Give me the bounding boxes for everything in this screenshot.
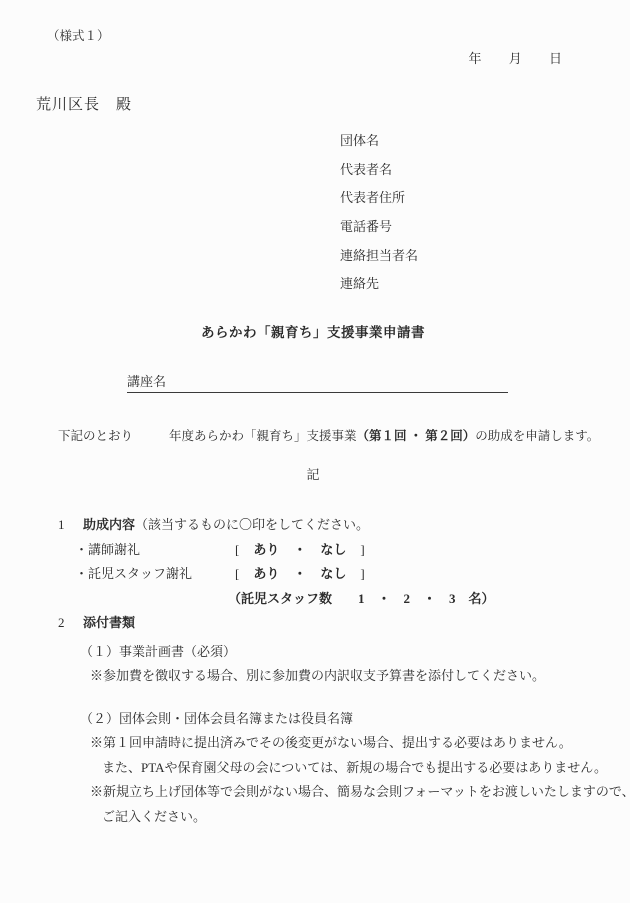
row-childcare-staff-honorarium: ・託児スタッフ謝礼 [あり・なし] (58, 562, 590, 587)
bracket-close: ] (360, 538, 364, 563)
childcare-staff-honorarium-label: ・託児スタッフ謝礼 (75, 562, 235, 587)
section2-number: 2 (58, 611, 83, 636)
section2-heading: 2添付書類 (58, 611, 590, 636)
option-separator: ・ (293, 538, 306, 563)
application-form-page: （様式１） 年 月 日 荒川区長 殿 団体名 代表者名 代表者住所 電話番号 連… (0, 0, 630, 903)
statement-body: 年度あらかわ「親育ち」支援事業 (169, 429, 357, 443)
statement-lead: 下記のとおり (58, 429, 133, 443)
bracket-close: ] (360, 562, 364, 587)
field-organization-name: 団体名 (340, 127, 590, 156)
lecturer-honorarium-label: ・講師謝礼 (75, 538, 235, 563)
application-statement: 下記のとおり年度あらかわ「親育ち」支援事業（第１回 ・ 第２回）の助成を申請しま… (58, 426, 590, 444)
addressee: 荒川区長 殿 (36, 93, 590, 114)
course-name-label: 講座名 (127, 374, 166, 389)
option-separator: ・ (293, 562, 306, 587)
field-phone-number: 電話番号 (340, 213, 590, 242)
bracket-open: [ (235, 538, 239, 563)
section1-heading: 1助成内容（該当するものに〇印をしてください。 (58, 513, 590, 538)
option-ari: あり (253, 538, 279, 563)
date-line: 年 月 日 (36, 48, 590, 67)
field-representative-address: 代表者住所 (340, 184, 590, 213)
date-month-label: 月 (509, 51, 522, 66)
date-day-label: 日 (549, 51, 562, 66)
section1-number: 1 (58, 513, 83, 538)
attachment-item1-note: ※参加費を徴収する場合、別に参加費の内訳収支予算書を添付してください。 (90, 664, 590, 689)
childcare-staff-honorarium-options: [あり・なし] (235, 562, 365, 587)
section1-instruction: （該当するものに〇印をしてください。 (135, 517, 369, 532)
attachment-item2-note2: また、PTAや保育園父母の会については、新規の場合でも提出する必要はありません。 (102, 756, 590, 781)
attachment-item2-label: （２）団体会則・団体会員名簿または役員名簿 (80, 707, 590, 732)
date-year-label: 年 (468, 51, 481, 66)
course-name-line: 講座名 (127, 371, 508, 393)
option-ari: あり (253, 562, 279, 587)
row-lecturer-honorarium: ・講師謝礼 [あり・なし] (58, 538, 590, 563)
recipient-fields: 団体名 代表者名 代表者住所 電話番号 連絡担当者名 連絡先 (340, 127, 590, 299)
form-number-label: （様式１） (47, 26, 590, 44)
attachment-item1-label: （１）事業計画書（必須） (80, 640, 590, 665)
attachment-item2-note4: ご記入ください。 (102, 805, 590, 830)
record-mark: 記 (36, 464, 590, 483)
document-title: あらかわ「親育ち」支援事業申請書 (36, 321, 590, 341)
option-nashi: なし (320, 562, 346, 587)
attachment-item2-note3: ※新規立ち上げ団体等で会則がない場合、簡易な会則フォーマットをお渡しいたしますの… (90, 780, 590, 805)
option-nashi: なし (320, 538, 346, 563)
childcare-staff-count-line: （託児スタッフ数 1 ・ 2 ・ 3 名） (58, 587, 590, 612)
section1-title: 助成内容 (83, 517, 135, 532)
bracket-open: [ (235, 562, 239, 587)
statement-round-options: （第１回 ・ 第２回） (357, 429, 476, 443)
statement-tail: の助成を申請します。 (475, 429, 599, 443)
attachment-item2-note1: ※第１回申請時に提出済みでその後変更がない場合、提出する必要はありません。 (90, 731, 590, 756)
field-contact-info: 連絡先 (340, 270, 590, 299)
section2-title: 添付書類 (83, 615, 135, 630)
field-representative-name: 代表者名 (340, 156, 590, 185)
field-contact-person-name: 連絡担当者名 (340, 242, 590, 271)
lecturer-honorarium-options: [あり・なし] (235, 538, 365, 563)
sections: 1助成内容（該当するものに〇印をしてください。 ・講師謝礼 [あり・なし] ・託… (58, 513, 590, 829)
